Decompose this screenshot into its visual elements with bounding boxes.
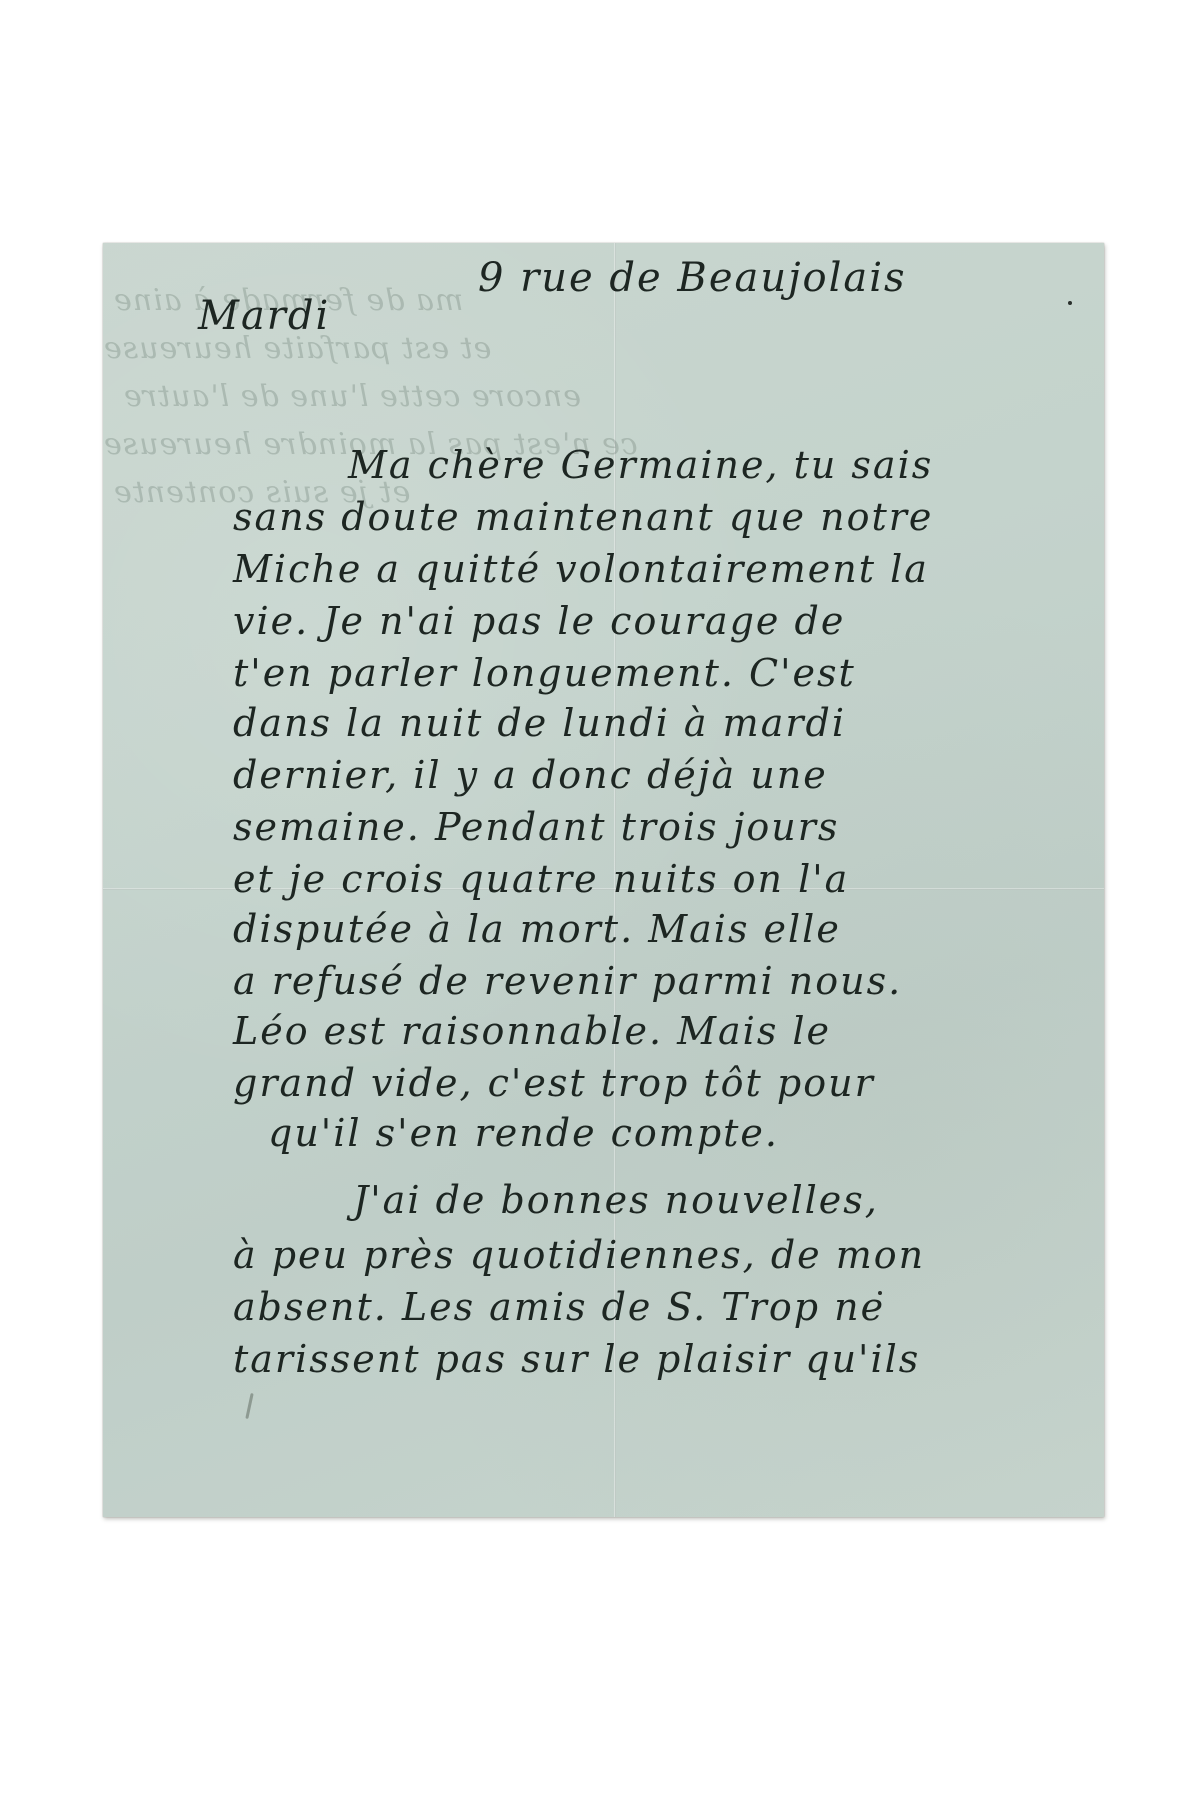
body-line-5: t'en parler longuement. C'est: [233, 651, 856, 695]
body-line-1: Ma chère Germaine, tu sais: [348, 443, 933, 487]
body-line-4: vie. Je n'ai pas le courage de: [233, 599, 845, 643]
ink-dot: [878, 1291, 882, 1295]
body-line-13: grand vide, c'est trop tôt pour: [233, 1061, 875, 1105]
body-line-18: tarissent pas sur le plaisir qu'ils: [233, 1337, 920, 1381]
body-line-8: semaine. Pendant trois jours: [233, 805, 839, 849]
ink-dot: [1068, 301, 1072, 305]
bleed-line: encore cette l'une de l'autre: [123, 379, 581, 414]
body-line-3: Miche a quitté volontairement la: [233, 547, 929, 591]
body-line-16: à peu près quotidiennes, de mon: [233, 1233, 925, 1277]
letter-paper: ma de fermade à aine et est parfaite heu…: [103, 243, 1104, 1517]
ink-smudge: [245, 1393, 253, 1419]
body-line-6: dans la nuit de lundi à mardi: [233, 701, 846, 745]
letter-day: Mardi: [198, 293, 330, 339]
body-line-14: qu'il s'en rende compte.: [268, 1111, 779, 1155]
body-line-12: Léo est raisonnable. Mais le: [233, 1009, 831, 1053]
body-line-15: J'ai de bonnes nouvelles,: [353, 1178, 879, 1222]
body-line-9: et je crois quatre nuits on l'a: [233, 857, 849, 901]
body-line-10: disputée à la mort. Mais elle: [233, 907, 841, 951]
body-line-2: sans doute maintenant que notre: [233, 495, 933, 539]
body-line-7: dernier, il y a donc déjà une: [233, 753, 828, 797]
body-line-17: absent. Les amis de S. Trop ne: [233, 1285, 885, 1329]
body-line-11: a refusé de revenir parmi nous.: [233, 959, 902, 1003]
letter-address: 9 rue de Beaujolais: [478, 255, 907, 301]
